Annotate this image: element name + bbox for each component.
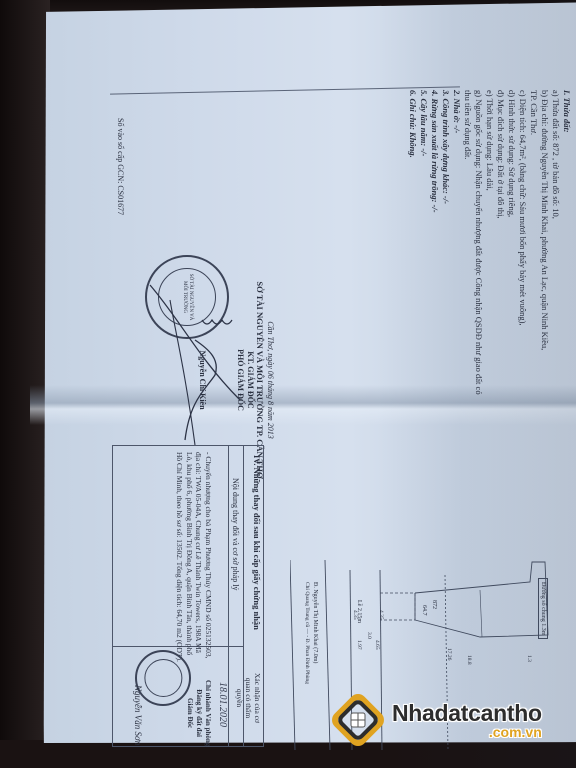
- measurement-label: 18.8: [466, 655, 472, 665]
- confirm-org-line: Chi nhánh Văn phòng: [203, 680, 212, 746]
- left-street-label: Đ. Nguyễn Thị Minh Khai (7.0m): [312, 582, 318, 663]
- info-line: e) Thời hạn sử dụng: Lâu dài,: [484, 90, 495, 510]
- table-divider: [228, 446, 229, 746]
- changes-confirm-column-header: Xác nhận của cơ quan có thẩm quyền: [235, 668, 262, 728]
- other-item: 5. Cây lâu năm: -/-: [418, 90, 429, 510]
- info-line: b) Địa chỉ: đường Nguyễn Thị Minh Khai, …: [539, 90, 550, 510]
- info-line: thu tiền sử dụng đất.: [462, 90, 473, 510]
- watermark-domain: .com.vn: [489, 724, 542, 740]
- watermark: Nhadatcantho .com.vn: [330, 690, 576, 750]
- sidewalk-dimension-label: Lề 2.15m: [356, 600, 362, 623]
- info-line: d) Hình thức sử dụng: Sử dụng riêng,: [506, 90, 517, 510]
- other-item: 2. Nhà ở: -/-: [451, 90, 462, 510]
- watermark-text: Nhadatcantho .com.vn: [392, 700, 542, 740]
- measurement-label: 4.65: [374, 640, 380, 650]
- info-line: TP. Cần Thơ.: [528, 90, 539, 510]
- other-item: 3. Công trình xây dựng khác: -/-: [440, 90, 451, 510]
- info-line: đ) Mục đích sử dụng: Đất ở tại đô thị,: [495, 90, 506, 510]
- certificate-serial: Số vào sổ cấp GCN: CS01677: [116, 118, 125, 215]
- confirm-date: 18.01.2020: [217, 682, 228, 727]
- watermark-brand: Nhadatcantho: [392, 700, 542, 727]
- confirm-org-line: Đăng ký đất đai: [194, 680, 203, 746]
- measurement-label: 17.26: [446, 648, 452, 660]
- change-line: địa chỉ: TWA 05-04A, Chung cư Lê Thành T…: [194, 452, 204, 652]
- top-street-label: Đường số chung 1.3m: [538, 578, 548, 639]
- photo-background-left: [0, 0, 50, 768]
- measurement-label: 4.35: [378, 610, 384, 620]
- changes-content-column-header: Nội dung thay đổi và cơ sở pháp lý: [231, 478, 240, 590]
- measurement-label: 1.97: [356, 640, 362, 650]
- land-plot-info: I. Thửa đất: a) Thửa đất số: 872 , tờ bả…: [407, 90, 572, 510]
- measurement-label: 1.3: [526, 655, 532, 662]
- place-date: Cần Thơ, ngày 06 tháng 8 năm 2013: [265, 250, 275, 510]
- confirm-signer: Nguyễn Văn Sơn: [133, 685, 143, 745]
- measurement-label: 3.0: [366, 632, 372, 639]
- other-item: 6. Ghi chú: Không.: [407, 90, 418, 510]
- other-item: 4. Rừng sản xuất là rừng trồng: -/-: [429, 90, 440, 510]
- lot-area-label: 64.7: [421, 605, 427, 616]
- info-line: c) Diện tích: 64,7m², (bằng chữ: Sáu mươ…: [517, 90, 528, 510]
- house-logo-icon: [330, 692, 386, 748]
- lot-number-label: 872: [431, 600, 437, 609]
- change-line: - Chuyển nhượng cho bà Phạm Phương Thúy …: [204, 452, 214, 652]
- change-line: Lò, khu phố 6, phường Bình Trị Đông A, q…: [185, 452, 195, 652]
- info-line: g) Nguồn gốc sử dụng: Nhận chuyển nhượng…: [473, 90, 484, 510]
- branch-stamp-inner: [144, 659, 182, 697]
- change-line: Hồ Chí Minh, theo hồ sơ số: 13502. Tổng …: [175, 452, 185, 652]
- confirm-organization: Chi nhánh Văn phòng Đăng ký đất đai Giám…: [185, 680, 212, 746]
- left-street-sublabel: Chỉ Quang Trung cũ — - Đ. Phan Đình Phùn…: [304, 582, 310, 684]
- branch-stamp: [135, 650, 191, 706]
- changes-content: - Chuyển nhượng cho bà Phạm Phương Thúy …: [175, 452, 213, 652]
- info-line: a) Thửa đất số: 872 , tờ bản đồ số: 10,: [550, 90, 561, 510]
- changes-heading: IV. Những thay đổi sau khi cấp giấy chứn…: [252, 455, 262, 630]
- section-heading: I. Thửa đất:: [561, 90, 572, 510]
- signature-scribble: [140, 280, 260, 450]
